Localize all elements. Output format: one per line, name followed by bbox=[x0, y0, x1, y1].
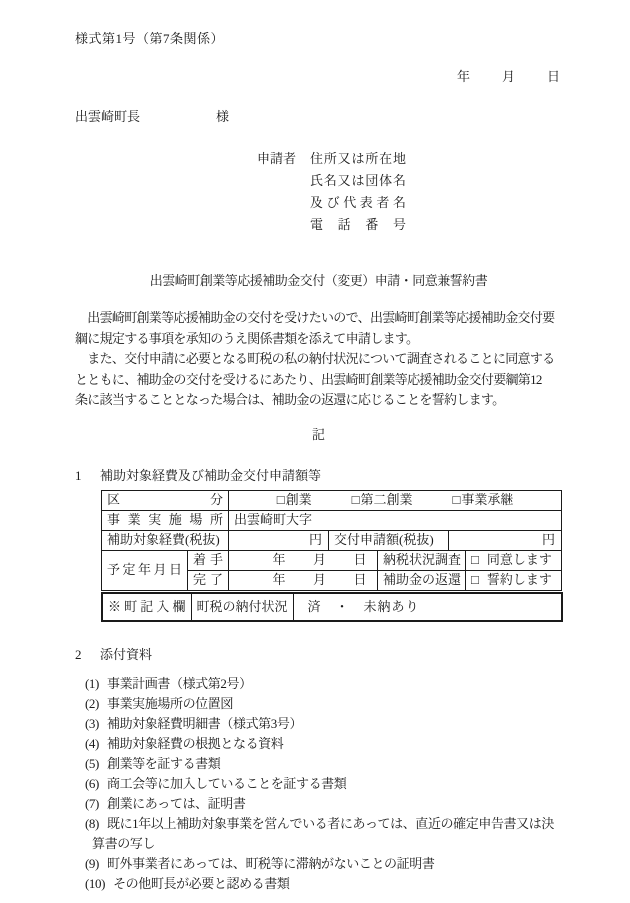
option-label: 創業 bbox=[286, 492, 312, 507]
attachment-item: (5)創業等を証する書類 bbox=[92, 754, 562, 774]
attachment-item: (7)創業にあっては、証明書 bbox=[92, 794, 562, 814]
attachment-list: (1)事業計画書（様式第2号） (2)事業実施場所の位置図 (3)補助対象経費明… bbox=[75, 674, 562, 894]
schedule-label: 予定年月日 bbox=[102, 550, 188, 590]
category-options-cell: □創業 □第二創業 □事業承継 bbox=[229, 490, 562, 510]
option-jigyo-shokei: □事業承継 bbox=[452, 491, 513, 509]
table-row-category: 区分 □創業 □第二創業 □事業承継 bbox=[102, 490, 562, 510]
consent-label: 同意します bbox=[487, 552, 552, 567]
category-label: 区分 bbox=[102, 490, 229, 510]
attachment-item-text: 補助対象経費の根拠となる資料 bbox=[107, 736, 283, 751]
paragraph-line: 出雲崎町創業等応援補助金の交付を受けたいので、出雲崎町創業等応援補助金交付要 bbox=[75, 308, 562, 329]
attachment-item-text: 既に1年以上補助対象事業を営んでいる者にあっては、直近の確定申告書又は決 bbox=[107, 816, 554, 831]
attachment-item: (9)町外事業者にあっては、町税等に滞納がないことの証明書 bbox=[92, 854, 562, 874]
date-line: 年 月 日 bbox=[75, 66, 562, 88]
pledge-label: 誓約します bbox=[487, 572, 552, 587]
applicant-row: 電話番号 bbox=[257, 214, 562, 236]
attachment-item: (2)事業実施場所の位置図 bbox=[92, 694, 562, 714]
attachment-item: (4)補助対象経費の根拠となる資料 bbox=[92, 734, 562, 754]
pledge-cell: □誓約します bbox=[466, 570, 562, 590]
table-row-town-use: ※町記入欄 町税の納付状況 済 ・ 未納あり bbox=[102, 593, 562, 621]
attachment-item-text: その他町長が必要と認める書類 bbox=[113, 876, 289, 891]
addressee: 出雲崎町長 bbox=[75, 109, 140, 124]
checkbox-icon: □ bbox=[471, 572, 479, 587]
applicant-field-phone: 電話番号 bbox=[310, 214, 406, 236]
attachment-item: (3)補助対象経費明細書（様式第3号） bbox=[92, 714, 562, 734]
applicant-row: 及び代表者名 bbox=[257, 192, 562, 214]
stage-end-label: 完了 bbox=[188, 570, 229, 590]
applicant-block: 申請者 住所又は所在地 氏名又は団体名 及び代表者名 電話番号 bbox=[257, 148, 562, 236]
attachment-item-number: (8) bbox=[85, 816, 99, 831]
attachment-item-number: (4) bbox=[85, 736, 99, 751]
attachment-item-text: 町外事業者にあっては、町税等に滞納がないことの証明書 bbox=[107, 856, 434, 871]
addressee-honorific: 様 bbox=[216, 109, 229, 124]
start-date-cell: 年 月 日 bbox=[229, 550, 378, 570]
table-row-start-date: 予定年月日 着手 年 月 日 納税状況調査 □同意します bbox=[102, 550, 562, 570]
cost-label: 補助対象経費(税抜) bbox=[102, 530, 229, 550]
attachment-item-text: 事業実施場所の位置図 bbox=[107, 696, 233, 711]
section2-number: 2 bbox=[75, 644, 100, 666]
paragraph-line: また、交付申請に必要となる町税の私の納付状況について調査されることに同意する bbox=[75, 349, 562, 370]
document-title: 出雲崎町創業等応援補助金交付（変更）申請・同意兼誓約書 bbox=[75, 270, 562, 292]
attachment-item-text: 創業等を証する書類 bbox=[107, 756, 220, 771]
option-label: 事業承継 bbox=[461, 492, 513, 507]
body-paragraphs: 出雲崎町創業等応援補助金の交付を受けたいので、出雲崎町創業等応援補助金交付要 綱… bbox=[75, 308, 562, 411]
checkbox-icon: □ bbox=[277, 492, 285, 507]
subsidy-table: 区分 □創業 □第二創業 □事業承継 事業実施場所 出雲崎町大字 補助対象経費(… bbox=[101, 490, 561, 622]
subsidy-table-schedule: 予定年月日 着手 年 月 日 納税状況調査 □同意します 完了 年 月 日 補助… bbox=[101, 550, 562, 591]
attachment-item-number: (2) bbox=[85, 696, 99, 711]
attachment-item-number: (6) bbox=[85, 776, 99, 791]
section2-heading: 2 添付資料 bbox=[75, 644, 562, 666]
tax-payment-status-label: 町税の納付状況 bbox=[191, 593, 293, 621]
ki-marker: 記 bbox=[75, 424, 562, 446]
section2-title: 添付資料 bbox=[100, 644, 152, 666]
attachment-item-number: (3) bbox=[85, 716, 99, 731]
attachment-item-number: (10) bbox=[85, 876, 105, 891]
town-use-only-box: ※町記入欄 町税の納付状況 済 ・ 未納あり bbox=[101, 592, 563, 622]
end-date-cell: 年 月 日 bbox=[229, 570, 378, 590]
option-daini-sogyo: □第二創業 bbox=[352, 491, 413, 509]
tax-survey-label: 納税状況調査 bbox=[378, 550, 466, 570]
consent-cell: □同意します bbox=[466, 550, 562, 570]
form-number: 様式第1号（第7条関係） bbox=[75, 28, 562, 50]
attachment-item-text: 創業にあっては、証明書 bbox=[107, 796, 245, 811]
applicant-row: 氏名又は団体名 bbox=[257, 170, 562, 192]
attachment-item-number: (5) bbox=[85, 756, 99, 771]
attachment-item-text: 補助対象経費明細書（様式第3号） bbox=[107, 716, 302, 731]
table-row-place: 事業実施場所 出雲崎町大字 bbox=[102, 510, 562, 530]
attachment-item-number: (9) bbox=[85, 856, 99, 871]
table-row-cost: 補助対象経費(税抜) 円 交付申請額(税抜) 円 bbox=[102, 530, 562, 550]
attachment-item-text: 商工会等に加入していることを証する書類 bbox=[107, 776, 346, 791]
refund-label: 補助金の返還 bbox=[378, 570, 466, 590]
applicant-label: 申請者 bbox=[257, 148, 310, 170]
paragraph-line: 綱に規定する事項を承知のうえ関係書類を添えて申請します。 bbox=[75, 329, 562, 350]
attachment-item: (1)事業計画書（様式第2号） bbox=[92, 674, 562, 694]
paragraph-line: とともに、補助金の交付を受けるにあたり、出雲崎町創業等応援補助金交付要綱第12 bbox=[75, 370, 562, 391]
section1-title: 補助対象経費及び補助金交付申請額等 bbox=[100, 465, 321, 487]
paragraph-line: 条に該当することとなった場合は、補助金の返還に応じることを誓約します。 bbox=[75, 390, 562, 411]
applicant-field-name: 氏名又は団体名 bbox=[310, 170, 406, 192]
attachment-item-text: 事業計画書（様式第2号） bbox=[107, 676, 252, 691]
request-label: 交付申請額(税抜) bbox=[329, 530, 449, 550]
applicant-row: 申請者 住所又は所在地 bbox=[257, 148, 562, 170]
applicant-field-address: 住所又は所在地 bbox=[310, 148, 406, 170]
attachment-item-text-continued: 算書の写し bbox=[92, 836, 155, 851]
option-label: 第二創業 bbox=[360, 492, 412, 507]
section1-number: 1 bbox=[75, 465, 100, 487]
attachment-item-number: (1) bbox=[85, 676, 99, 691]
stage-start-label: 着手 bbox=[188, 550, 229, 570]
attachment-item: (10)その他町長が必要と認める書類 bbox=[92, 874, 562, 894]
subsidy-table-upper: 区分 □創業 □第二創業 □事業承継 事業実施場所 出雲崎町大字 補助対象経費(… bbox=[101, 490, 562, 551]
applicant-field-representative: 及び代表者名 bbox=[310, 192, 406, 214]
option-sogyo: □創業 bbox=[277, 491, 312, 509]
cost-amount-cell: 円 bbox=[229, 530, 329, 550]
town-entry-label: ※町記入欄 bbox=[102, 593, 191, 621]
place-value: 出雲崎町大字 bbox=[229, 510, 562, 530]
attachment-item: (8)既に1年以上補助対象事業を営んでいる者にあっては、直近の確定申告書又は決算… bbox=[92, 814, 562, 854]
attachment-item-number: (7) bbox=[85, 796, 99, 811]
tax-payment-status-value: 済 ・ 未納あり bbox=[293, 593, 562, 621]
checkbox-icon: □ bbox=[352, 492, 360, 507]
addressee-line: 出雲崎町長様 bbox=[75, 106, 562, 128]
request-amount-cell: 円 bbox=[449, 530, 562, 550]
document-page: 様式第1号（第7条関係） 年 月 日 出雲崎町長様 申請者 住所又は所在地 氏名… bbox=[0, 0, 630, 903]
attachment-item: (6)商工会等に加入していることを証する書類 bbox=[92, 774, 562, 794]
checkbox-icon: □ bbox=[471, 552, 479, 567]
section1-heading: 1 補助対象経費及び補助金交付申請額等 bbox=[75, 465, 562, 487]
checkbox-icon: □ bbox=[452, 492, 460, 507]
place-label: 事業実施場所 bbox=[102, 510, 229, 530]
